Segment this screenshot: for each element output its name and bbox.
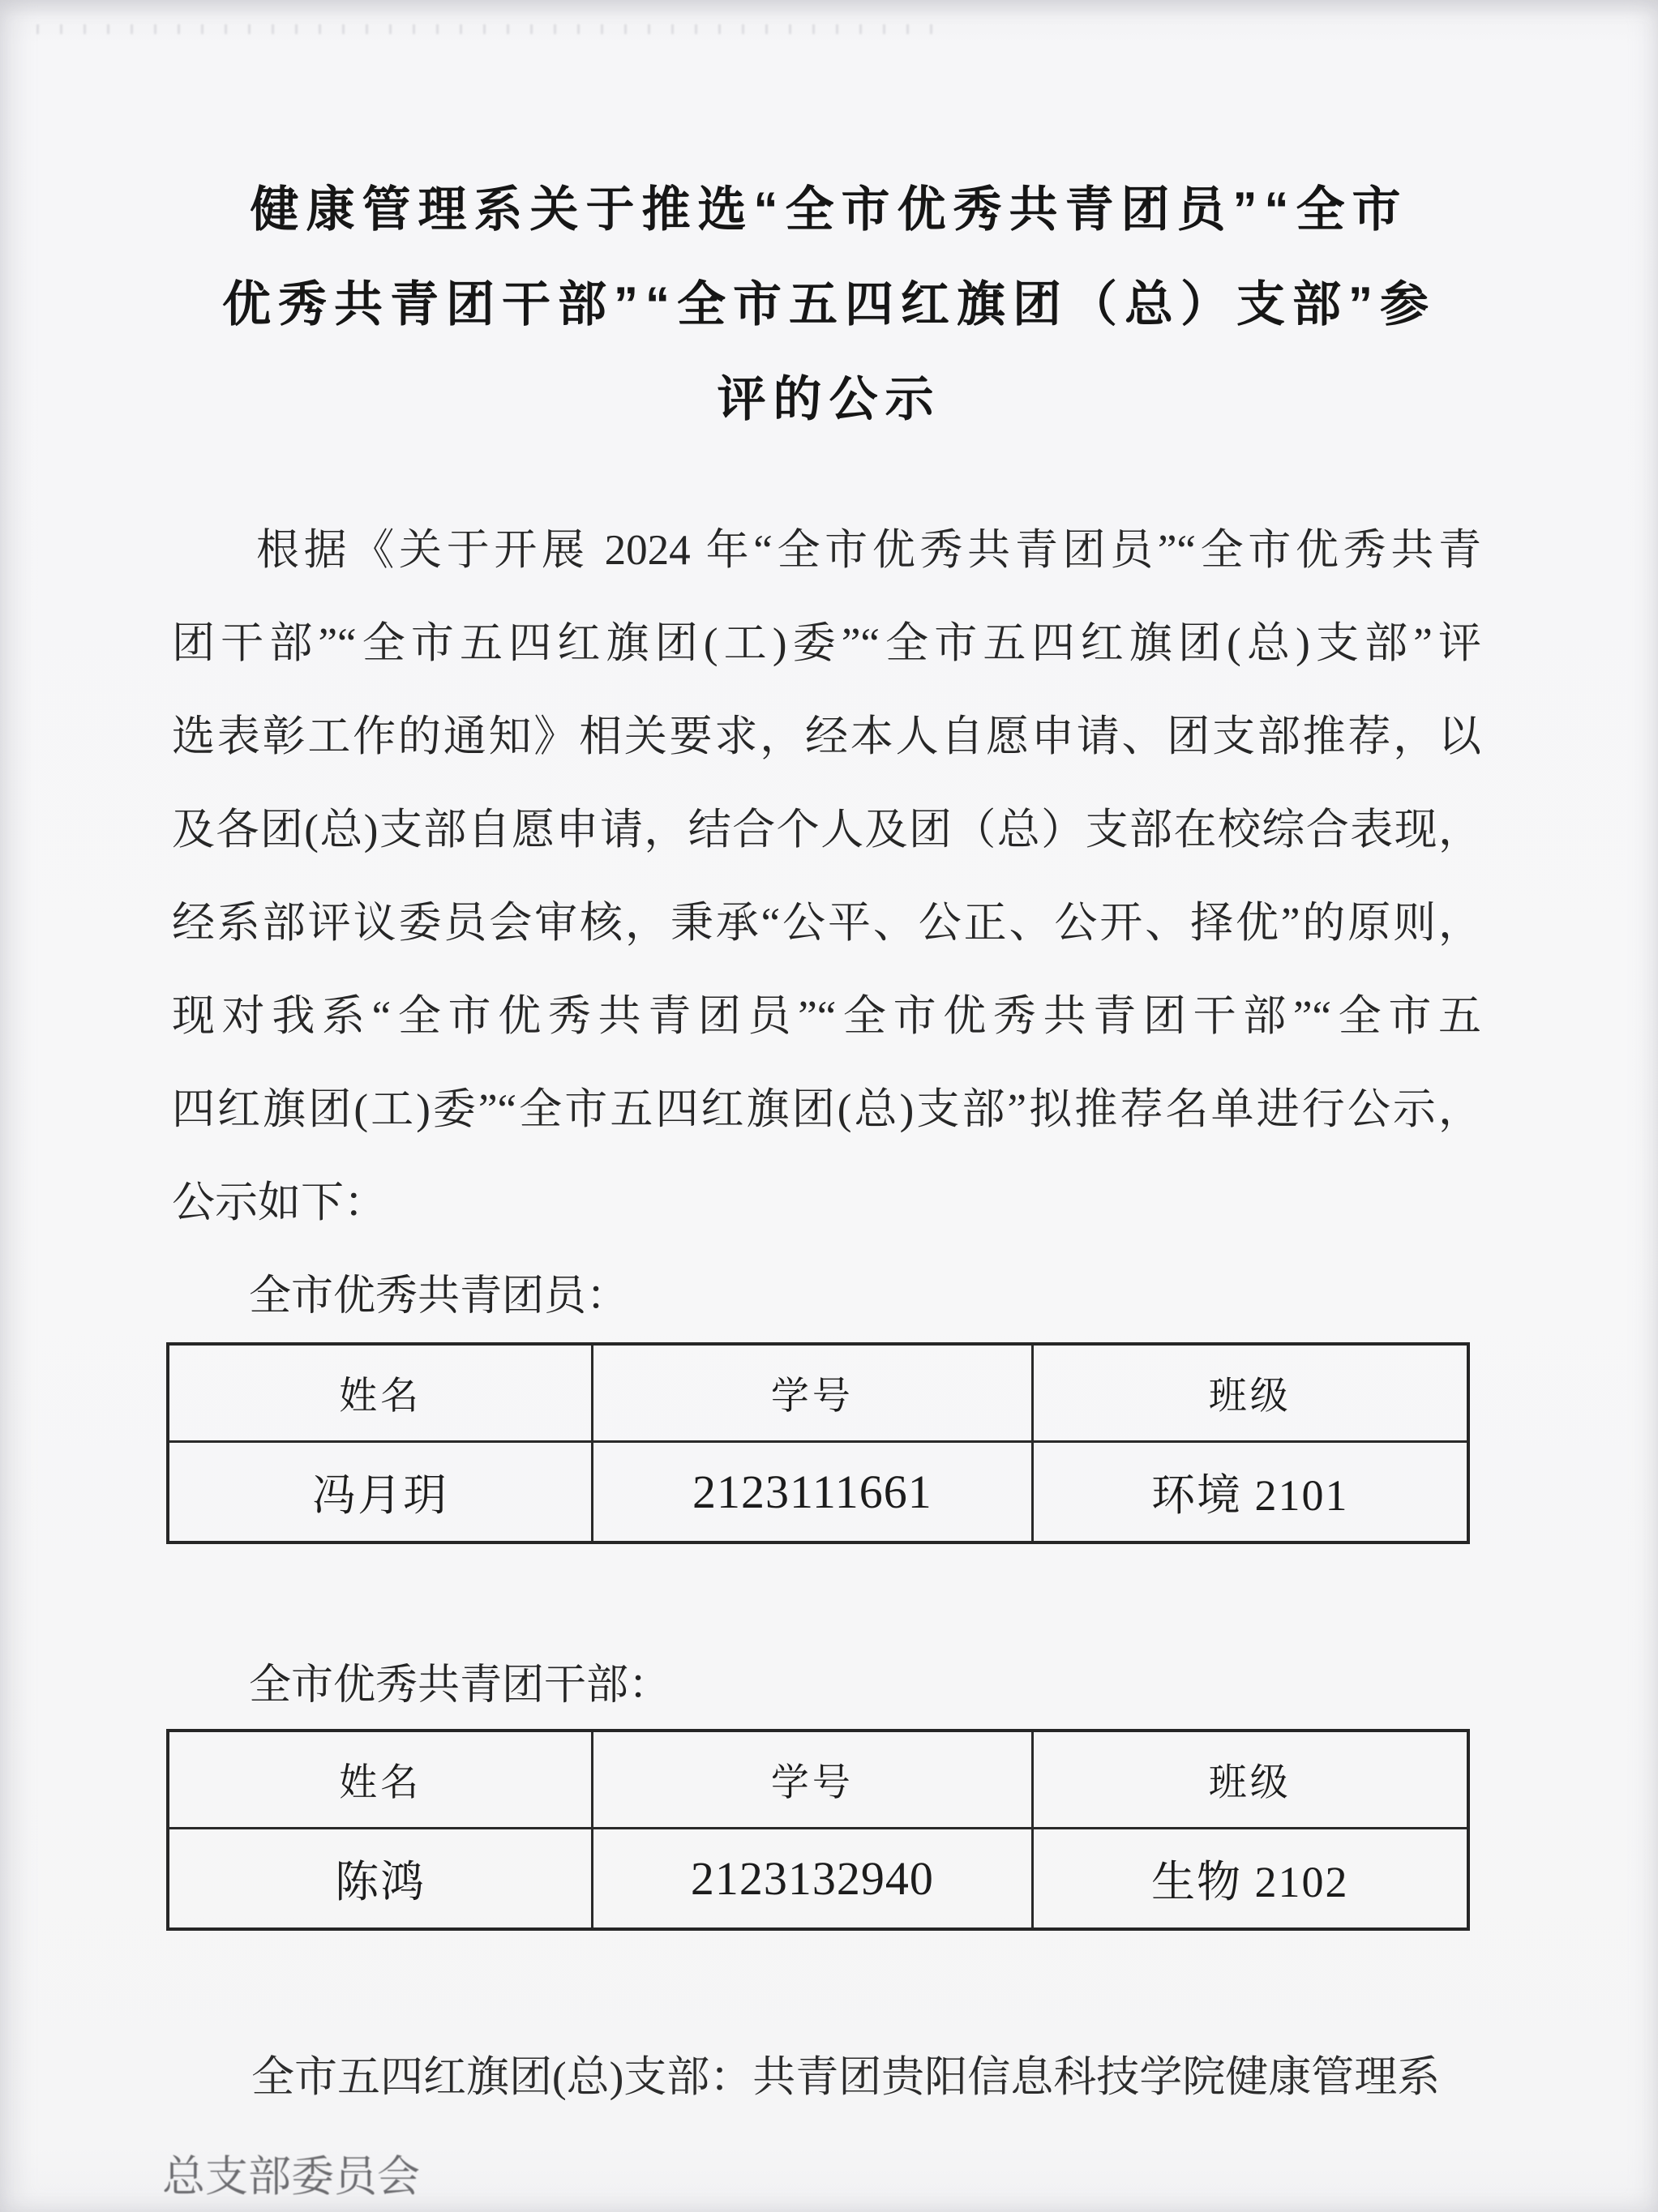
- section-label-youth-league-cadre: 全市优秀共青团干部：: [172, 1654, 670, 1718]
- table-header-student-id: 学号: [593, 1346, 1033, 1443]
- document-title: 健康管理系关于推选“全市优秀共青团员”“全市 优秀共青团干部”“全市五四红旗团（…: [89, 162, 1569, 447]
- body-line: 根据《关于开展 2024 年“全市优秀共青团员”“全市优秀共青: [172, 504, 1481, 597]
- body-line: 选表彰工作的通知》相关要求，经本人自愿申请、团支部推荐，以: [172, 691, 1481, 784]
- document-title-line: 优秀共青团干部”“全市五四红旗团（总）支部”参: [89, 257, 1569, 352]
- body-line: 现对我系“全市优秀共青团员”“全市优秀共青团干部”“全市五: [172, 970, 1481, 1063]
- footer-committee-line: 总支部委员会: [162, 2144, 420, 2210]
- table-cell-student-id: 2123111661: [593, 1443, 1033, 1541]
- table-cell-name: 陈鸿: [169, 1829, 593, 1927]
- document-title-line: 评的公示: [89, 352, 1569, 447]
- body-line: 经系部评议委员会审核，秉承“公平、公正、公开、择优”的原则，: [172, 877, 1481, 970]
- table-header-student-id: 学号: [593, 1732, 1033, 1829]
- section-label-youth-league-member: 全市优秀共青团员：: [172, 1264, 628, 1329]
- table-youth-league-member: 姓名 学号 班级 冯月玥 2123111661 环境 2101: [166, 1342, 1470, 1544]
- body-paragraph: 根据《关于开展 2024 年“全市优秀共青团员”“全市优秀共青 团干部”“全市五…: [172, 504, 1481, 1250]
- table-header-class: 班级: [1034, 1346, 1467, 1443]
- table-cell-name: 冯月玥: [169, 1443, 593, 1541]
- table-cell-class: 生物 2102: [1034, 1829, 1467, 1927]
- scan-noise-band: [36, 24, 945, 34]
- body-line: 公示如下：: [172, 1157, 1481, 1250]
- body-line: 团干部”“全市五四红旗团(工)委”“全市五四红旗团(总)支部”评: [172, 597, 1481, 691]
- table-youth-league-cadre: 姓名 学号 班级 陈鸿 2123132940 生物 2102: [166, 1729, 1470, 1931]
- table-cell-class: 环境 2101: [1034, 1443, 1467, 1541]
- body-line: 四红旗团(工)委”“全市五四红旗团(总)支部”拟推荐名单进行公示，: [172, 1063, 1481, 1157]
- table-header-name: 姓名: [169, 1732, 593, 1829]
- footer-red-flag-branch-line: 全市五四红旗团(总)支部：共青团贵阳信息科技学院健康管理系: [172, 2044, 1484, 2111]
- document-title-line: 健康管理系关于推选“全市优秀共青团员”“全市: [89, 162, 1569, 257]
- table-cell-student-id: 2123132940: [593, 1829, 1033, 1927]
- table-header-class: 班级: [1034, 1732, 1467, 1829]
- table-header-name: 姓名: [169, 1346, 593, 1443]
- scanned-document-page: 健康管理系关于推选“全市优秀共青团员”“全市 优秀共青团干部”“全市五四红旗团（…: [0, 0, 1658, 2212]
- body-line: 及各团(总)支部自愿申请，结合个人及团（总）支部在校综合表现，: [172, 784, 1481, 877]
